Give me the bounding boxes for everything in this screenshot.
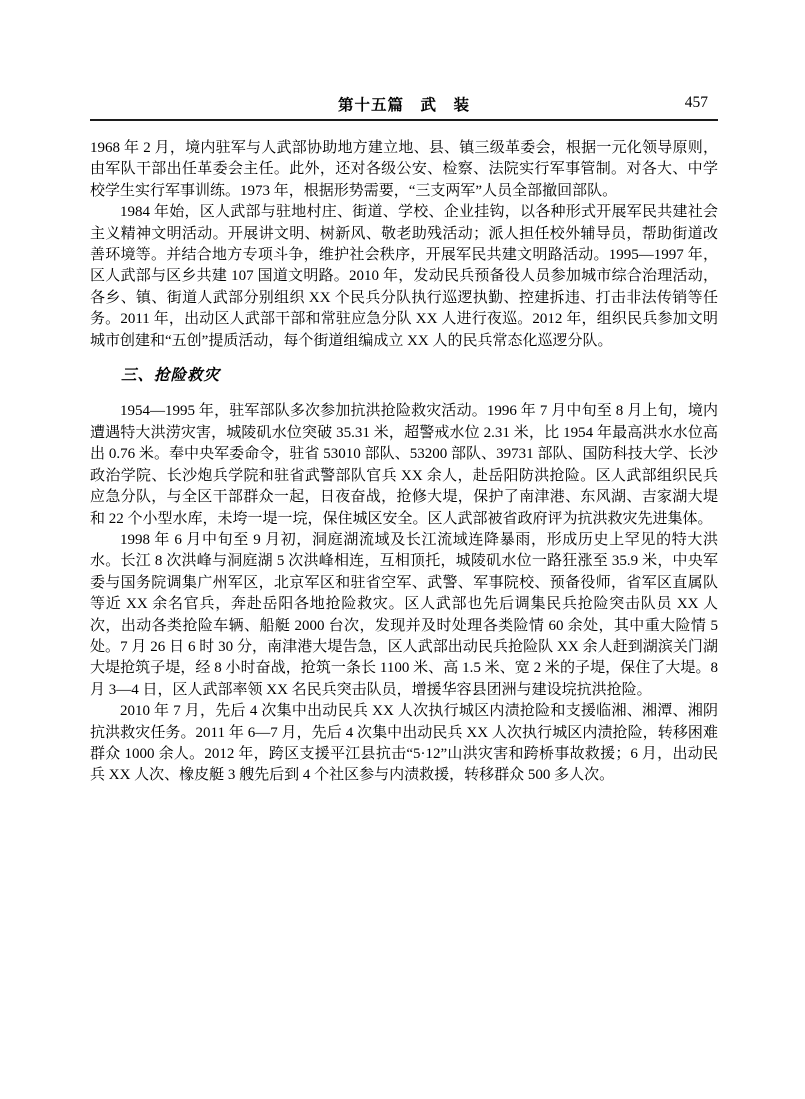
document-page: 第十五篇 武 装 457 1968 年 2 月，境内驻军与人武部协助地方建立地、…: [0, 0, 805, 1099]
page-number: 457: [685, 94, 708, 112]
paragraph-1954-flood-rescue: 1954—1995 年，驻军部队多次参加抗洪抢险救灾活动。1996 年 7 月中…: [90, 401, 718, 529]
paragraph-2010-urban-flood-rescue: 2010 年 7 月，先后 4 次集中出动民兵 XX 人次执行城区内渍抢险和支援…: [90, 701, 718, 787]
paragraph-1998-great-flood: 1998 年 6 月中旬至 9 月初，洞庭湖流域及长江流域连降暴雨，形成历史上罕…: [90, 530, 718, 701]
paragraph-1984-civil-military-activities: 1984 年始，区人武部与驻地村庄、街道、学校、企业挂钩，以各种形式开展军民共建…: [90, 202, 718, 352]
running-title: 第十五篇 武 装: [90, 93, 718, 115]
section-heading-rescue-disaster-relief: 三、抢险救灾: [90, 365, 718, 386]
paragraph-1968-military-control: 1968 年 2 月，境内驻军与人武部协助地方建立地、县、镇三级革委会，根据一元…: [90, 138, 718, 202]
page-body: 1968 年 2 月，境内驻军与人武部协助地方建立地、县、镇三级革委会，根据一元…: [90, 138, 718, 787]
header-rule: [90, 119, 718, 121]
page-header: 第十五篇 武 装 457: [90, 93, 718, 117]
